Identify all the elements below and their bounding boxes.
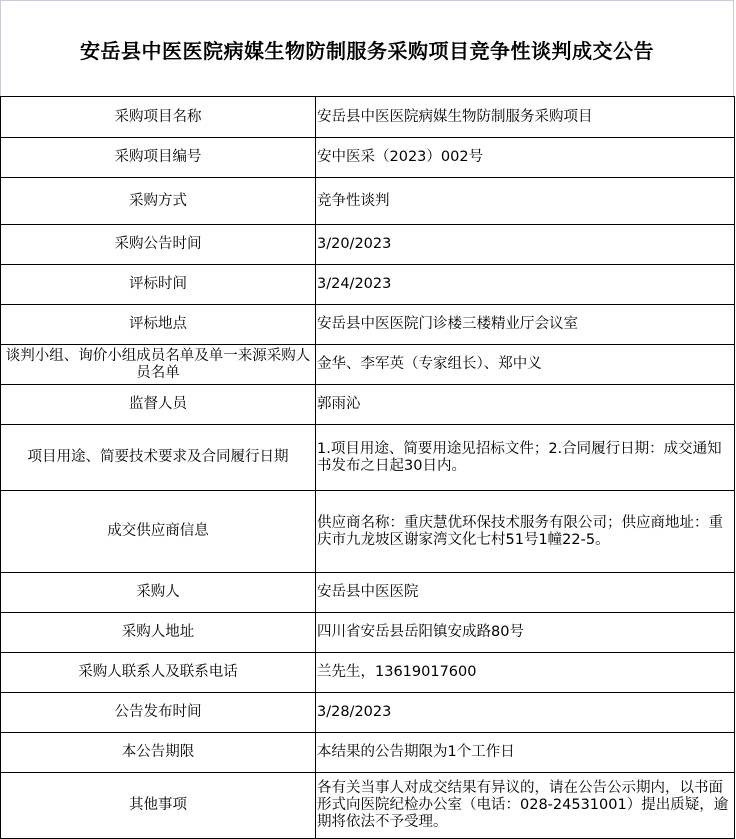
table-row: 评标时间3/24/2023: [1, 265, 735, 305]
row-label: 监督人员: [1, 385, 316, 425]
row-value: 3/28/2023: [316, 693, 735, 733]
table-row: 其他事项各有关当事人对成交结果有异议的，请在公告公示期内，以书面形式向医院纪检办…: [1, 773, 735, 839]
row-value: 郭雨沁: [316, 385, 735, 425]
row-value: 1.项目用途、简要用途见招标文件；2.合同履行日期：成交通知书发布之日起30日内…: [316, 425, 735, 491]
row-value: 安岳县中医医院门诊楼三楼精业厅会议室: [316, 305, 735, 345]
row-label: 采购项目名称: [1, 97, 316, 138]
row-label: 其他事项: [1, 773, 316, 839]
row-label: 成交供应商信息: [1, 491, 316, 573]
row-value: 安岳县中医医院病媒生物防制服务采购项目: [316, 97, 735, 138]
table-row: 采购人联系人及联系电话兰先生，13619017600: [1, 653, 735, 693]
row-value: 竞争性谈判: [316, 178, 735, 225]
row-label: 谈判小组、询价小组成员名单及单一来源采购人员名单: [1, 345, 316, 385]
row-label: 采购人地址: [1, 613, 316, 653]
table-row: 采购公告时间3/20/2023: [1, 225, 735, 265]
table-row: 采购项目编号安中医采（2023）002号: [1, 138, 735, 178]
row-value: 兰先生，13619017600: [316, 653, 735, 693]
table-row: 谈判小组、询价小组成员名单及单一来源采购人员名单金华、李军英（专家组长）、郑中义: [1, 345, 735, 385]
row-label: 本公告期限: [1, 733, 316, 773]
table-row: 本公告期限本结果的公告期限为1个工作日: [1, 733, 735, 773]
table-row: 成交供应商信息供应商名称：重庆慧优环保技术服务有限公司；供应商地址：重庆市九龙坡…: [1, 491, 735, 573]
row-value: 四川省安岳县岳阳镇安成路80号: [316, 613, 735, 653]
announcement-table: 采购项目名称安岳县中医医院病媒生物防制服务采购项目采购项目编号安中医采（2023…: [0, 96, 735, 839]
row-label: 采购人: [1, 573, 316, 613]
title-area: 安岳县中医医院病媒生物防制服务采购项目竞争性谈判成交公告: [0, 0, 734, 96]
row-label: 公告发布时间: [1, 693, 316, 733]
row-label: 采购项目编号: [1, 138, 316, 178]
row-value: 金华、李军英（专家组长）、郑中义: [316, 345, 735, 385]
table-row: 采购项目名称安岳县中医医院病媒生物防制服务采购项目: [1, 97, 735, 138]
row-label: 采购人联系人及联系电话: [1, 653, 316, 693]
row-label: 采购公告时间: [1, 225, 316, 265]
row-label: 评标地点: [1, 305, 316, 345]
page-title: 安岳县中医医院病媒生物防制服务采购项目竞争性谈判成交公告: [80, 35, 654, 64]
table-row: 项目用途、简要技术要求及合同履行日期1.项目用途、简要用途见招标文件；2.合同履…: [1, 425, 735, 491]
row-label: 采购方式: [1, 178, 316, 225]
row-value: 各有关当事人对成交结果有异议的，请在公告公示期内，以书面形式向医院纪检办公室（电…: [316, 773, 735, 839]
row-value: 供应商名称：重庆慧优环保技术服务有限公司；供应商地址：重庆市九龙坡区谢家湾文化七…: [316, 491, 735, 573]
table-row: 采购人安岳县中医医院: [1, 573, 735, 613]
row-label: 项目用途、简要技术要求及合同履行日期: [1, 425, 316, 491]
table-row: 采购方式竞争性谈判: [1, 178, 735, 225]
table-row: 评标地点安岳县中医医院门诊楼三楼精业厅会议室: [1, 305, 735, 345]
row-value: 本结果的公告期限为1个工作日: [316, 733, 735, 773]
row-value: 3/24/2023: [316, 265, 735, 305]
row-label: 评标时间: [1, 265, 316, 305]
row-value: 3/20/2023: [316, 225, 735, 265]
table-row: 采购人地址四川省安岳县岳阳镇安成路80号: [1, 613, 735, 653]
table-row: 监督人员郭雨沁: [1, 385, 735, 425]
row-value: 安岳县中医医院: [316, 573, 735, 613]
table-row: 公告发布时间3/28/2023: [1, 693, 735, 733]
row-value: 安中医采（2023）002号: [316, 138, 735, 178]
